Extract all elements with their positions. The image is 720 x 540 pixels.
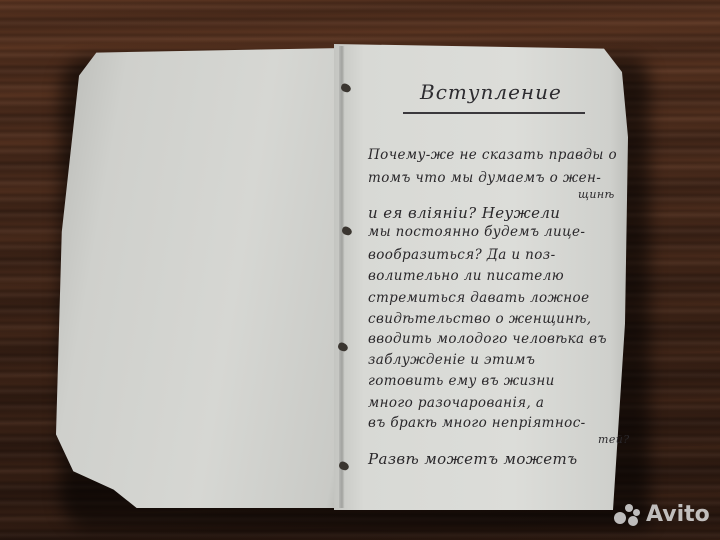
handwritten-line: томъ что мы думаемъ о жен-: [368, 170, 601, 186]
handwritten-line: щинѣ: [578, 188, 615, 201]
handwritten-line: вообразиться? Да и поз-: [368, 247, 556, 263]
avito-watermark: Avito: [614, 502, 710, 527]
handwritten-line: готовить ему въ жизни: [368, 373, 555, 389]
handwritten-line: много разочарованія, а: [368, 395, 544, 411]
handwritten-line: волительно ли писателю: [368, 268, 564, 284]
handwritten-line: вводить молодого человѣка въ: [368, 331, 607, 347]
handwritten-line: Развѣ можетъ можетъ: [368, 450, 578, 468]
handwritten-line: Почему-же не сказать правды о: [368, 147, 617, 163]
notebook-spine: [339, 46, 345, 508]
handwritten-line: мы постоянно будемъ лице-: [368, 224, 585, 240]
handwritten-line: свидѣтельство о женщинѣ,: [368, 311, 592, 327]
handwritten-line: тей?: [598, 433, 630, 446]
notebook-left-page: [56, 48, 344, 508]
handwritten-line: и ея вліяніи? Неужели: [368, 204, 560, 222]
handwritten-line: стремиться давать ложное: [368, 290, 589, 306]
page-title: Вступление: [420, 80, 562, 104]
handwritten-line: въ бракѣ много непріятнос-: [368, 415, 586, 431]
avito-dots-icon: [614, 503, 642, 527]
title-underline: [403, 112, 585, 114]
handwritten-line: заблужденіе и этимъ: [368, 352, 535, 368]
avito-brand-text: Avito: [646, 502, 710, 527]
